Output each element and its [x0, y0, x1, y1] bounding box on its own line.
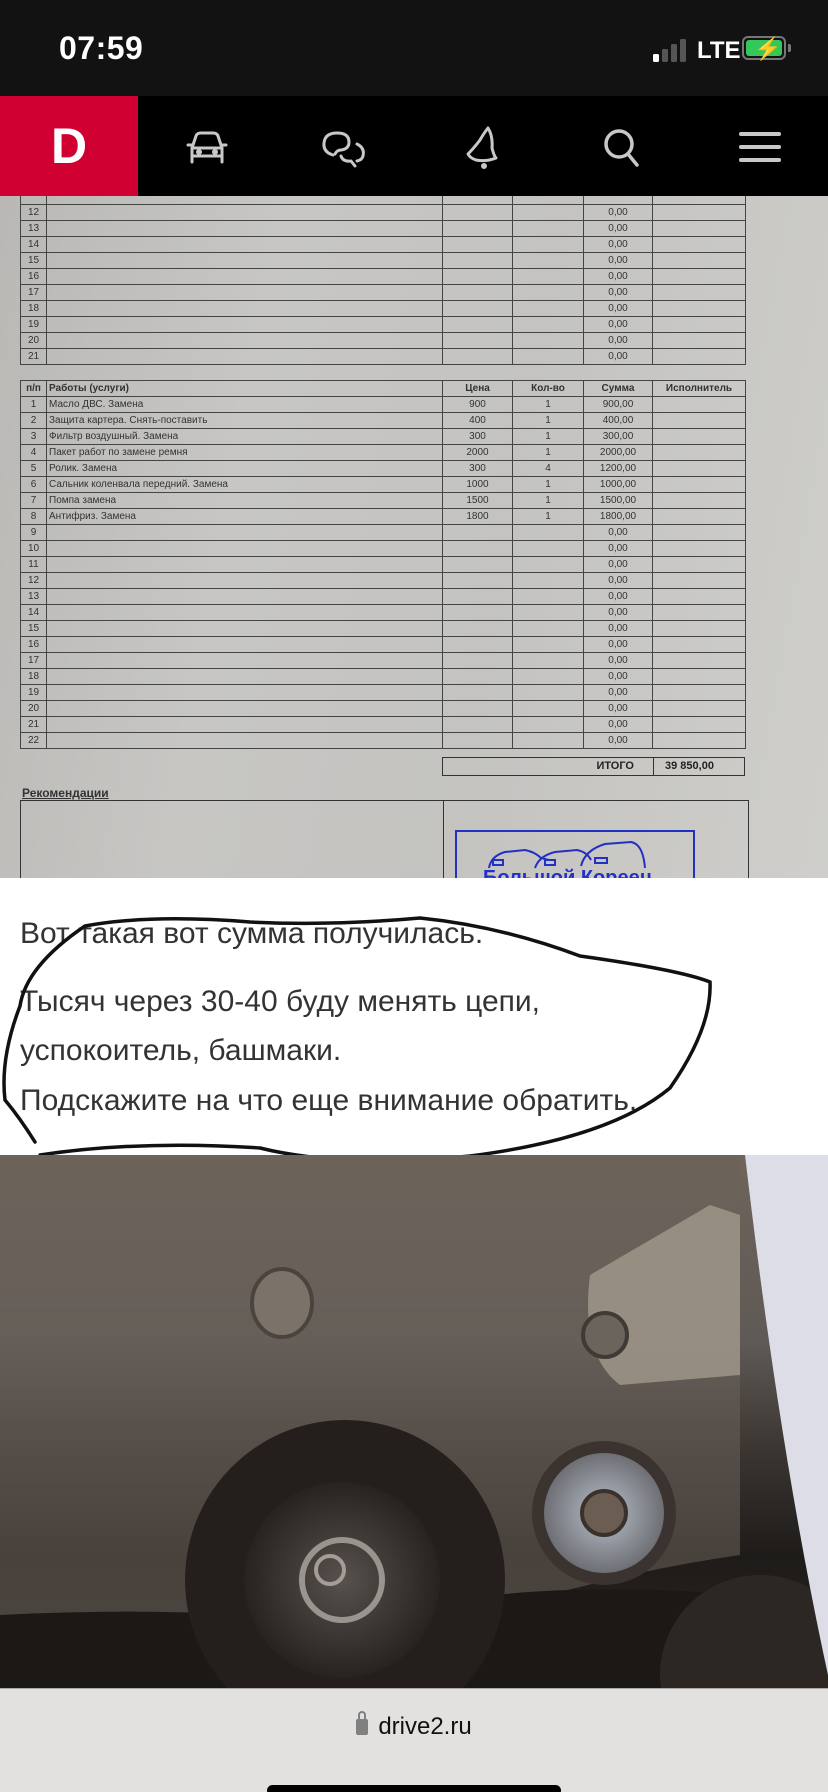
row-qty: [513, 573, 584, 589]
row-executor: [653, 557, 746, 573]
row-number: 6: [21, 477, 47, 493]
company-stamp: Большой Кореец: [455, 830, 695, 878]
row-sum: 0,00: [584, 253, 653, 269]
row-number: 15: [21, 621, 47, 637]
row-qty: [513, 669, 584, 685]
row-price: [443, 653, 513, 669]
row-number: 18: [21, 301, 47, 317]
row-sum: 2000,00: [584, 445, 653, 461]
row-sum: 1000,00: [584, 477, 653, 493]
row-sum: 1200,00: [584, 461, 653, 477]
row-description: [47, 685, 443, 701]
row-price: [443, 573, 513, 589]
works-table-row: 140,00: [21, 605, 746, 621]
row-number: 8: [21, 509, 47, 525]
row-price: 2000: [443, 445, 513, 461]
row-number: 12: [21, 205, 47, 221]
row-sum: 400,00: [584, 413, 653, 429]
works-table-row: 90,00: [21, 525, 746, 541]
row-description: Ролик. Замена: [47, 461, 443, 477]
parts-table-row: 200,00: [21, 333, 746, 349]
row-number: 13: [21, 221, 47, 237]
row-description: [47, 653, 443, 669]
row-qty: [513, 541, 584, 557]
car-icon[interactable]: [182, 122, 232, 172]
row-qty: 1: [513, 493, 584, 509]
parts-table-row: 120,00: [21, 205, 746, 221]
row-number: 16: [21, 637, 47, 653]
works-table-header: п/п: [21, 381, 47, 397]
row-sum: 0,00: [584, 637, 653, 653]
row-number: 9: [21, 525, 47, 541]
row-price: [443, 717, 513, 733]
row-sum: 0,00: [584, 621, 653, 637]
row-description: Пакет работ по замене ремня: [47, 445, 443, 461]
parts-table-row: 160,00: [21, 269, 746, 285]
stamp-cars-icon: [485, 834, 685, 870]
row-qty: [513, 701, 584, 717]
row-sum: 0,00: [584, 205, 653, 221]
row-number: 5: [21, 461, 47, 477]
post-line-3: успокоитель, башмаки.: [20, 1034, 341, 1068]
parts-table-row: 130,00: [21, 221, 746, 237]
row-executor: [653, 445, 746, 461]
row-price: [443, 701, 513, 717]
recommendations-label: Рекомендации: [22, 786, 109, 800]
post-body: Вот такая вот сумма получилась. Тысяч че…: [0, 878, 828, 1155]
row-price: [443, 589, 513, 605]
engine-photo[interactable]: [0, 1155, 828, 1688]
works-table-row: 7Помпа замена150011500,00: [21, 493, 746, 509]
row-number: 14: [21, 605, 47, 621]
row-sum: 0,00: [584, 605, 653, 621]
row-description: Фильтр воздушный. Замена: [47, 429, 443, 445]
row-qty: [513, 717, 584, 733]
row-number: 20: [21, 701, 47, 717]
row-sum: 0,00: [584, 701, 653, 717]
row-qty: [513, 733, 584, 749]
row-description: [47, 733, 443, 749]
row-number: 22: [21, 733, 47, 749]
row-executor: [653, 541, 746, 557]
row-description: [47, 717, 443, 733]
row-sum: 0,00: [584, 541, 653, 557]
row-price: 300: [443, 429, 513, 445]
row-description: [47, 621, 443, 637]
row-qty: 4: [513, 461, 584, 477]
works-table: п/пРаботы (услуги)ЦенаКол-воСуммаИсполни…: [20, 380, 746, 749]
row-sum: 0,00: [584, 333, 653, 349]
row-executor: [653, 653, 746, 669]
clock: 07:59: [59, 30, 143, 67]
works-table-row: 110,00: [21, 557, 746, 573]
works-table-row: 170,00: [21, 653, 746, 669]
engine-photo-illustration: [0, 1155, 828, 1688]
row-qty: [513, 685, 584, 701]
works-table-row: 220,00: [21, 733, 746, 749]
row-sum: 0,00: [584, 733, 653, 749]
row-qty: 1: [513, 477, 584, 493]
works-table-row: 180,00: [21, 669, 746, 685]
row-price: [443, 557, 513, 573]
row-executor: [653, 685, 746, 701]
bell-icon[interactable]: [458, 122, 508, 172]
row-description: [47, 589, 443, 605]
row-number: 20: [21, 333, 47, 349]
row-number: 13: [21, 589, 47, 605]
row-number: 21: [21, 717, 47, 733]
url-text: drive2.ru: [378, 1713, 471, 1740]
row-description: Сальник коленвала передний. Замена: [47, 477, 443, 493]
row-description: Антифриз. Замена: [47, 509, 443, 525]
parts-table: 120,00130,00140,00150,00160,00170,00180,…: [20, 196, 746, 365]
row-price: 1000: [443, 477, 513, 493]
row-executor: [653, 429, 746, 445]
total-box: ИТОГО 39 850,00: [442, 757, 745, 776]
row-price: [443, 541, 513, 557]
row-number: 16: [21, 269, 47, 285]
row-executor: [653, 509, 746, 525]
works-table-header: Исполнитель: [653, 381, 746, 397]
chat-icon[interactable]: [319, 122, 369, 172]
row-sum: 0,00: [584, 573, 653, 589]
parts-table-row: 180,00: [21, 301, 746, 317]
parts-table-row: 170,00: [21, 285, 746, 301]
parts-table-row: 150,00: [21, 253, 746, 269]
row-qty: 1: [513, 413, 584, 429]
row-price: [443, 733, 513, 749]
battery-tip: [788, 44, 791, 52]
row-description: [47, 637, 443, 653]
row-number: 12: [21, 573, 47, 589]
row-number: 14: [21, 237, 47, 253]
drive2-logo[interactable]: D: [0, 96, 138, 196]
row-number: 17: [21, 653, 47, 669]
row-sum: 300,00: [584, 429, 653, 445]
stamp-text: Большой Кореец: [483, 867, 652, 878]
browser-address-bar[interactable]: drive2.ru: [0, 1688, 828, 1792]
row-executor: [653, 589, 746, 605]
row-qty: 1: [513, 429, 584, 445]
row-qty: 1: [513, 445, 584, 461]
row-number: 17: [21, 285, 47, 301]
works-table-row: 150,00: [21, 621, 746, 637]
row-price: 1500: [443, 493, 513, 509]
row-sum: 0,00: [584, 317, 653, 333]
row-description: Помпа замена: [47, 493, 443, 509]
row-sum: 0,00: [584, 717, 653, 733]
works-table-row: 210,00: [21, 717, 746, 733]
search-icon[interactable]: [597, 122, 647, 172]
row-description: [47, 669, 443, 685]
row-executor: [653, 477, 746, 493]
row-executor: [653, 733, 746, 749]
row-description: [47, 557, 443, 573]
works-table-row: 200,00: [21, 701, 746, 717]
row-number: 15: [21, 253, 47, 269]
row-executor: [653, 621, 746, 637]
row-executor: [653, 701, 746, 717]
row-sum: 0,00: [584, 237, 653, 253]
row-qty: 1: [513, 397, 584, 413]
row-number: 18: [21, 669, 47, 685]
row-sum: 900,00: [584, 397, 653, 413]
row-price: [443, 525, 513, 541]
works-table-row: 160,00: [21, 637, 746, 653]
row-qty: [513, 589, 584, 605]
row-sum: 0,00: [584, 221, 653, 237]
works-table-row: 1Масло ДВС. Замена9001900,00: [21, 397, 746, 413]
row-executor: [653, 493, 746, 509]
row-number: 21: [21, 349, 47, 365]
row-executor: [653, 397, 746, 413]
row-qty: [513, 525, 584, 541]
total-label: ИТОГО: [596, 760, 634, 772]
row-number: 3: [21, 429, 47, 445]
row-qty: [513, 557, 584, 573]
row-sum: 0,00: [584, 589, 653, 605]
works-table-row: 100,00: [21, 541, 746, 557]
parts-table-row: 140,00: [21, 237, 746, 253]
works-table-row: 190,00: [21, 685, 746, 701]
row-sum: 1500,00: [584, 493, 653, 509]
row-number: 11: [21, 557, 47, 573]
site-navbar: D: [0, 96, 828, 196]
works-table-row: 6Сальник коленвала передний. Замена10001…: [21, 477, 746, 493]
parts-table-row: 190,00: [21, 317, 746, 333]
row-sum: 0,00: [584, 669, 653, 685]
row-price: [443, 669, 513, 685]
row-sum: 0,00: [584, 349, 653, 365]
row-price: 900: [443, 397, 513, 413]
row-price: [443, 605, 513, 621]
post-line-1: Вот такая вот сумма получилась.: [20, 917, 483, 951]
battery-icon: ⚡: [742, 36, 786, 60]
row-description: Масло ДВС. Замена: [47, 397, 443, 413]
works-table-row: 5Ролик. Замена30041200,00: [21, 461, 746, 477]
row-executor: [653, 605, 746, 621]
row-executor: [653, 573, 746, 589]
works-table-row: 3Фильтр воздушный. Замена3001300,00: [21, 429, 746, 445]
row-number: 1: [21, 397, 47, 413]
row-sum: 0,00: [584, 557, 653, 573]
row-number: 2: [21, 413, 47, 429]
row-description: Защита картера. Снять-поставить: [47, 413, 443, 429]
row-price: [443, 637, 513, 653]
row-executor: [653, 461, 746, 477]
row-qty: 1: [513, 509, 584, 525]
row-description: [47, 605, 443, 621]
row-price: 400: [443, 413, 513, 429]
works-table-header: Кол-во: [513, 381, 584, 397]
url-field[interactable]: drive2.ru: [0, 1713, 828, 1741]
row-number: 19: [21, 317, 47, 333]
parts-table-row: 210,00: [21, 349, 746, 365]
row-price: 1800: [443, 509, 513, 525]
row-description: [47, 525, 443, 541]
row-sum: 0,00: [584, 685, 653, 701]
invoice-photo[interactable]: 120,00130,00140,00150,00160,00170,00180,…: [0, 196, 828, 878]
row-description: [47, 573, 443, 589]
works-table-row: 2Защита картера. Снять-поставить4001400,…: [21, 413, 746, 429]
row-executor: [653, 413, 746, 429]
row-sum: 0,00: [584, 269, 653, 285]
row-sum: 0,00: [584, 525, 653, 541]
row-number: 19: [21, 685, 47, 701]
works-table-row: 130,00: [21, 589, 746, 605]
row-number: 7: [21, 493, 47, 509]
network-type: LTE: [697, 37, 741, 65]
row-price: [443, 621, 513, 637]
row-qty: [513, 605, 584, 621]
row-price: 300: [443, 461, 513, 477]
row-sum: 0,00: [584, 301, 653, 317]
total-value: 39 850,00: [665, 760, 714, 772]
status-bar: 07:59 LTE ⚡: [0, 0, 828, 96]
works-table-row: 4Пакет работ по замене ремня200012000,00: [21, 445, 746, 461]
row-qty: [513, 621, 584, 637]
works-table-header: Работы (услуги): [47, 381, 443, 397]
row-number: 4: [21, 445, 47, 461]
row-executor: [653, 669, 746, 685]
works-table-header: Цена: [443, 381, 513, 397]
home-indicator[interactable]: [267, 1785, 561, 1792]
works-table-header: Сумма: [584, 381, 653, 397]
row-qty: [513, 653, 584, 669]
row-executor: [653, 717, 746, 733]
row-price: [443, 685, 513, 701]
post-line-2: Тысяч через 30-40 буду менять цепи,: [20, 985, 540, 1019]
lock-icon: [356, 1719, 368, 1735]
row-description: [47, 701, 443, 717]
row-number: 10: [21, 541, 47, 557]
row-description: [47, 541, 443, 557]
works-table-row: 8Антифриз. Замена180011800,00: [21, 509, 746, 525]
row-sum: 0,00: [584, 653, 653, 669]
post-line-4: Подскажите на что еще внимание обратить.: [20, 1084, 637, 1118]
row-executor: [653, 637, 746, 653]
row-sum: 0,00: [584, 285, 653, 301]
row-sum: 1800,00: [584, 509, 653, 525]
signal-icon: [653, 38, 689, 62]
works-table-row: 120,00: [21, 573, 746, 589]
menu-icon[interactable]: [735, 122, 785, 172]
row-qty: [513, 637, 584, 653]
row-executor: [653, 525, 746, 541]
